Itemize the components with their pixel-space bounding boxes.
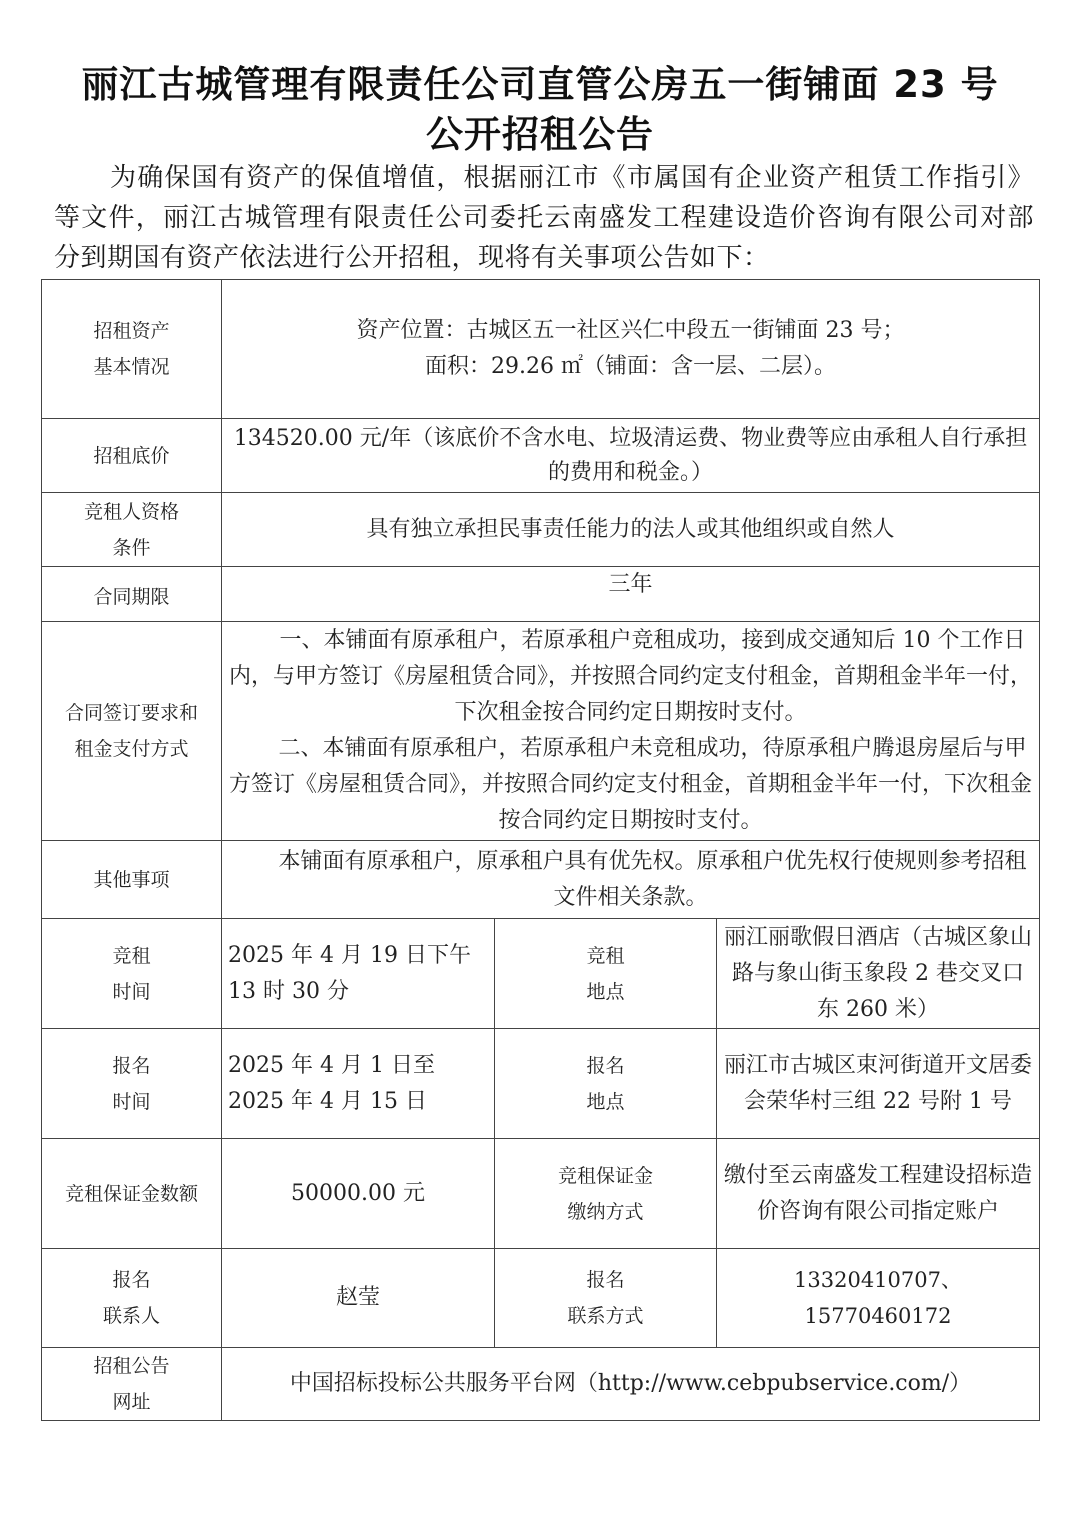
- contract-clause-2: 二、本铺面有原承租户，若原承租户未竞租成功，待原承租户腾退房屋后与甲方签订《房屋…: [228, 731, 1033, 839]
- value-deposit-amount: 50000.00 元: [222, 1139, 495, 1249]
- row-qualification: 竞租人资格 条件 具有独立承担民事责任能力的法人或其他组织或自然人: [42, 493, 1040, 567]
- row-deposit: 竞租保证金数额 50000.00 元 竞租保证金 缴纳方式 缴付至云南盛发工程建…: [42, 1139, 1040, 1249]
- value-contract: 一、本铺面有原承租户，若原承租户竞租成功，接到成交通知后 10 个工作日内，与甲…: [222, 622, 1040, 841]
- label-contact-method: 报名 联系方式: [495, 1249, 717, 1348]
- tender-info-table: 招租资产 基本情况 资产位置：古城区五一社区兴仁中段五一街铺面 23 号； 面积…: [41, 279, 1040, 1421]
- row-registration: 报名 时间 2025 年 4 月 1 日至 2025 年 4 月 15 日 报名…: [42, 1029, 1040, 1139]
- value-bid-time: 2025 年 4 月 19 日下午 13 时 30 分: [222, 919, 495, 1029]
- label-reg-time: 报名 时间: [42, 1029, 222, 1139]
- value-asset: 资产位置：古城区五一社区兴仁中段五一街铺面 23 号； 面积：29.26 ㎡（铺…: [222, 280, 1040, 419]
- asset-area: 面积：29.26 ㎡（铺面：含一层、二层）。: [228, 349, 1033, 385]
- label-qualification: 竞租人资格 条件: [42, 493, 222, 567]
- value-reg-time: 2025 年 4 月 1 日至 2025 年 4 月 15 日: [222, 1029, 495, 1139]
- label-other: 其他事项: [42, 841, 222, 919]
- value-deposit-method: 缴付至云南盛发工程建设招标造价咨询有限公司指定账户: [717, 1139, 1040, 1249]
- contract-clause-1: 一、本铺面有原承租户，若原承租户竞租成功，接到成交通知后 10 个工作日内，与甲…: [228, 623, 1033, 731]
- label-bid-place: 竞租 地点: [495, 919, 717, 1029]
- row-reserve-price: 招租底价 134520.00 元/年（该底价不含水电、垃圾清运费、物业费等应由承…: [42, 419, 1040, 493]
- row-other: 其他事项 本铺面有原承租户，原承租户具有优先权。原承租户优先权行使规则参考招租文…: [42, 841, 1040, 919]
- label-reg-place: 报名 地点: [495, 1029, 717, 1139]
- value-contact-person: 赵莹: [222, 1249, 495, 1348]
- document-title-line1: 丽江古城管理有限责任公司直管公房五一街铺面 23 号: [0, 54, 1080, 108]
- document-title-line2: 公开招租公告: [0, 104, 1080, 158]
- label-bid-time: 竞租 时间: [42, 919, 222, 1029]
- row-website: 招租公告 网址 中国招标投标公共服务平台网（http://www.cebpubs…: [42, 1348, 1040, 1421]
- row-term: 合同期限 三年: [42, 567, 1040, 622]
- label-asset: 招租资产 基本情况: [42, 280, 222, 419]
- label-website: 招租公告 网址: [42, 1348, 222, 1421]
- intro-paragraph: 为确保国有资产的保值增值，根据丽江市《市属国有企业资产租赁工作指引》等文件，丽江…: [54, 158, 1034, 278]
- label-contract: 合同签订要求和 租金支付方式: [42, 622, 222, 841]
- value-reg-place: 丽江市古城区束河街道开文居委会荣华村三组 22 号附 1 号: [717, 1029, 1040, 1139]
- value-other: 本铺面有原承租户，原承租户具有优先权。原承租户优先权行使规则参考招租文件相关条款…: [222, 841, 1040, 919]
- label-deposit-method: 竞租保证金 缴纳方式: [495, 1139, 717, 1249]
- asset-location: 资产位置：古城区五一社区兴仁中段五一街铺面 23 号；: [228, 313, 1033, 349]
- row-contract: 合同签订要求和 租金支付方式 一、本铺面有原承租户，若原承租户竞租成功，接到成交…: [42, 622, 1040, 841]
- label-contact-person: 报名 联系人: [42, 1249, 222, 1348]
- label-term: 合同期限: [42, 567, 222, 622]
- value-term: 三年: [222, 567, 1040, 622]
- value-reserve-price: 134520.00 元/年（该底价不含水电、垃圾清运费、物业费等应由承租人自行承…: [222, 419, 1040, 493]
- label-reserve-price: 招租底价: [42, 419, 222, 493]
- row-bid: 竞租 时间 2025 年 4 月 19 日下午 13 时 30 分 竞租 地点 …: [42, 919, 1040, 1029]
- value-qualification: 具有独立承担民事责任能力的法人或其他组织或自然人: [222, 493, 1040, 567]
- row-asset: 招租资产 基本情况 资产位置：古城区五一社区兴仁中段五一街铺面 23 号； 面积…: [42, 280, 1040, 419]
- row-contact: 报名 联系人 赵莹 报名 联系方式 13320410707、1577046017…: [42, 1249, 1040, 1348]
- value-bid-place: 丽江丽歌假日酒店（古城区象山路与象山街玉象段 2 巷交叉口东 260 米）: [717, 919, 1040, 1029]
- value-contact-method: 13320410707、15770460172: [717, 1249, 1040, 1348]
- label-deposit-amount: 竞租保证金数额: [42, 1139, 222, 1249]
- value-website-link[interactable]: 中国招标投标公共服务平台网（http://www.cebpubservice.c…: [222, 1348, 1040, 1421]
